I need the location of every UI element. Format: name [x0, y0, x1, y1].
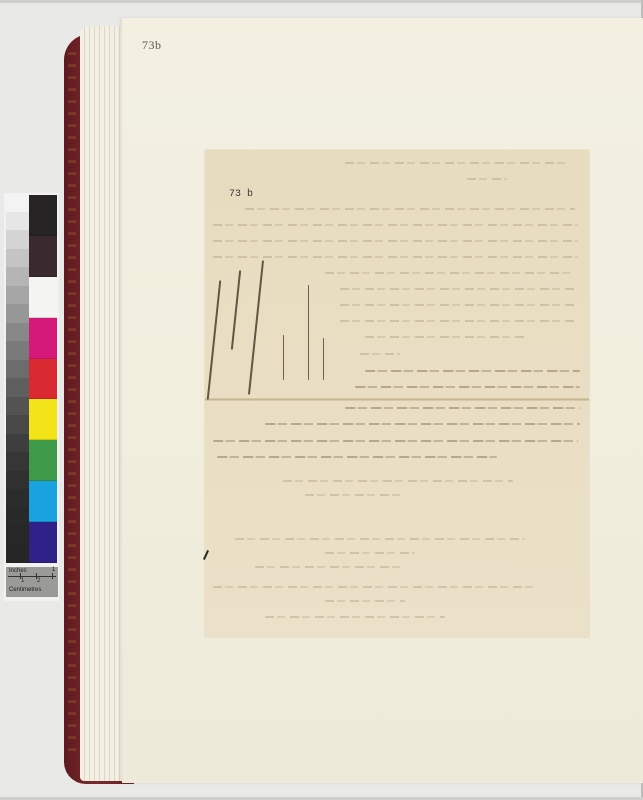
color-swatch-blue-violet	[29, 522, 57, 563]
scan-top-edge	[0, 0, 643, 3]
centimetres-label: Centimetres	[9, 587, 41, 593]
color-patch-strip	[29, 195, 57, 563]
color-swatch-cyan	[29, 481, 57, 522]
cm-tick-label-1: 1	[21, 578, 24, 584]
handwriting-line	[340, 288, 575, 290]
docket-line	[207, 280, 222, 400]
gray-swatch	[6, 341, 30, 360]
handwriting-line	[213, 440, 578, 442]
handwriting-line	[355, 386, 580, 388]
manuscript-letter: 73 b	[205, 150, 589, 637]
measurement-scale: Inches 1 1 2 Centimetres	[6, 567, 58, 597]
handwriting-line	[360, 353, 400, 355]
grayscale-strip	[6, 193, 30, 563]
handwriting-line	[265, 616, 445, 618]
handwriting-line	[213, 240, 578, 242]
color-swatch-dark-brown	[29, 236, 57, 277]
color-swatch-white	[29, 277, 57, 318]
docket-endorsement	[205, 260, 355, 430]
handwriting-line	[305, 494, 405, 496]
gray-swatch	[6, 508, 30, 527]
gray-swatch	[6, 193, 30, 212]
gray-swatch	[6, 526, 30, 545]
gray-swatch	[6, 360, 30, 379]
gray-swatch	[6, 452, 30, 471]
handwriting-line	[345, 162, 570, 164]
scale-rule	[8, 576, 56, 577]
tick-mark	[52, 573, 53, 579]
inch-tick-label: 1	[52, 567, 55, 573]
handwriting-line	[217, 456, 497, 458]
color-swatch-green	[29, 440, 57, 481]
color-swatch-red	[29, 359, 57, 400]
handwriting-line	[255, 566, 405, 568]
color-swatch-black	[29, 195, 57, 236]
handwriting-line	[325, 552, 415, 554]
gray-swatch	[6, 212, 30, 231]
handwriting-line	[340, 304, 575, 306]
handwriting-line	[235, 538, 525, 540]
color-swatch-yellow	[29, 399, 57, 440]
docket-line	[308, 285, 309, 380]
gray-swatch	[6, 267, 30, 286]
gray-swatch	[6, 249, 30, 268]
gray-swatch	[6, 378, 30, 397]
gray-swatch	[6, 286, 30, 305]
handwriting-line	[340, 320, 575, 322]
handwriting-line	[213, 256, 578, 258]
handwriting-line	[325, 272, 575, 274]
color-swatch-magenta	[29, 318, 57, 359]
docket-line	[323, 338, 324, 380]
gray-swatch	[6, 415, 30, 434]
handwriting-line	[325, 600, 405, 602]
handwriting-line	[365, 336, 525, 338]
handwriting-line	[283, 480, 513, 482]
docket-line	[231, 270, 241, 350]
docket-line	[248, 260, 264, 394]
handwriting-line	[213, 586, 533, 588]
gray-swatch	[6, 323, 30, 342]
folio-stamp: 73 b	[229, 189, 253, 200]
handwriting-line	[245, 208, 575, 210]
gray-swatch	[6, 434, 30, 453]
handwriting-line	[213, 224, 578, 226]
gray-swatch	[6, 397, 30, 416]
inches-label: Inches	[9, 568, 27, 574]
handwriting-line	[467, 178, 507, 180]
gray-swatch	[6, 545, 30, 564]
docket-line	[283, 335, 284, 380]
handwriting-line	[365, 370, 580, 372]
color-calibration-target: Inches 1 1 2 Centimetres	[4, 193, 59, 601]
gray-swatch	[6, 230, 30, 249]
page-number: 73b	[142, 38, 162, 53]
gray-swatch	[6, 489, 30, 508]
handwriting-line	[345, 407, 580, 409]
cm-tick-label-2: 2	[37, 578, 40, 584]
gray-swatch	[6, 471, 30, 490]
gray-swatch	[6, 304, 30, 323]
